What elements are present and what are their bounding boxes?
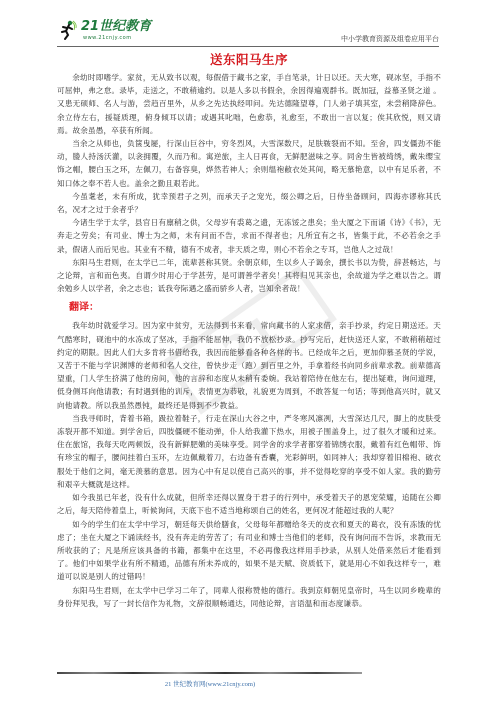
original-paragraph-1: 余幼时即嗜学。家贫，无从致书以观，每假借于藏书之家，手自笔录，计日以还。天大寒，… [57, 71, 441, 137]
logo-url: www.21cnjy.com [83, 35, 132, 41]
document-title: 送东阳马生序 [57, 52, 441, 68]
document-page: 21世纪教育 www.21cnjy.com 中小学教育资源及组卷应用平台 21 … [0, 0, 500, 707]
page-header: 21世纪教育 www.21cnjy.com 中小学教育资源及组卷应用平台 [57, 18, 439, 47]
original-paragraph-3: 今虽耄老，未有所成，犹幸预君子之列，而承天子之宠光，缀公卿之后，日侍坐备顾问，四… [57, 190, 441, 216]
logo-text: 21世纪教育 [81, 20, 151, 34]
original-paragraph-2: 当余之从师也，负箧曳屣，行深山巨谷中，穷冬烈风，大雪深数尺，足肤皲裂而不知。至舍… [57, 137, 441, 190]
translation-heading: 翻译： [69, 301, 441, 315]
translation-paragraph-1: 我年幼时就爱学习。因为家中贫穷，无法得到书来看，常向藏书的人家求借，亲手抄录，约… [57, 319, 441, 411]
translation-paragraph-3: 如今我虽已年老，没有什么成就，但所幸还得以置身于君子的行列中，承受着天子的恩宠荣… [57, 491, 441, 517]
site-logo[interactable]: 21世纪教育 www.21cnjy.com [57, 18, 157, 44]
translation-paragraph-5: 东阳马生君则，在太学中已学习二年了，同辈人很称赞他的德行。我到京师朝见皇帝时，马… [57, 584, 441, 610]
runner-logo-icon [57, 20, 77, 40]
footer-divider [57, 672, 362, 674]
document-body: 送东阳马生序 余幼时即嗜学。家贫，无从致书以观，每假借于藏书之家，手自笔录，计日… [57, 52, 441, 610]
platform-tagline: 中小学教育资源及组卷应用平台 [341, 34, 439, 44]
original-paragraph-5: 东阳马生君则，在太学已二年，流辈甚称其贤。余朝京师，生以乡人子谒余，撰长书以为贽… [57, 256, 441, 296]
translation-paragraph-4: 如今的学生们在太学中学习，朝廷每天供给膳食，父母每年都赠给冬天的皮衣和夏天的葛衣… [57, 518, 441, 584]
original-paragraph-4: 今诸生学于太学，县官日有廪稍之供，父母岁有裘葛之遗，无冻馁之患矣；坐大厦之下而诵… [57, 216, 441, 256]
translation-paragraph-2: 当我寻师时，背着书箱，趿拉着鞋子，行走在深山大谷之中，严冬寒风凛冽，大雪深达几尺… [57, 412, 441, 491]
footer-text[interactable]: 21 世纪教育网(www.21cnjy.com) [0, 679, 420, 688]
